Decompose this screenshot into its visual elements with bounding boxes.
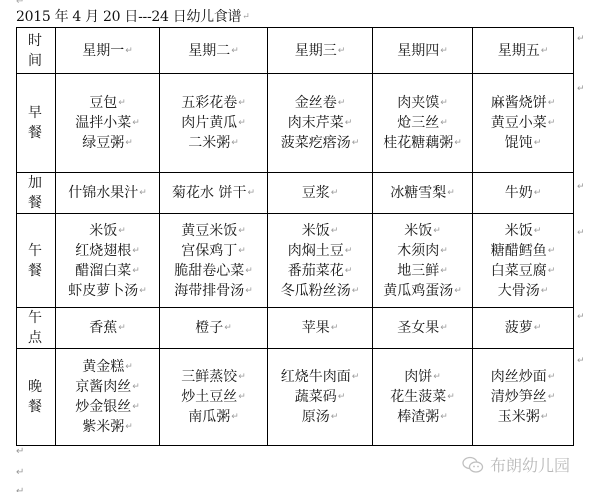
day-header-4: 星期四↵	[373, 28, 473, 74]
row-end-mark: ↵	[577, 182, 585, 192]
paragraph-mark: ↵	[238, 98, 246, 108]
paragraph-mark: ↵	[238, 226, 246, 236]
dish-item: 红烧牛肉面↵	[268, 367, 372, 387]
dish-name: 菠菜疙瘩汤	[281, 135, 351, 151]
dish-name: 橙子	[195, 320, 223, 336]
dish-item: 米饭↵	[473, 221, 573, 241]
dish-name: 米饭	[404, 223, 432, 239]
meal-label: 午餐	[17, 214, 56, 308]
dish-item: 香蕉↵	[56, 318, 159, 338]
dish-item: 原汤↵	[268, 407, 372, 427]
day-label: 星期五	[498, 43, 540, 59]
menu-cell: 肉夹馍↵炝三丝↵桂花糖藕粥↵	[373, 74, 473, 173]
row-end-mark: ↵	[577, 228, 585, 238]
time-header: 时间	[17, 28, 56, 74]
paragraph-mark: ↵	[132, 266, 140, 276]
day-header-1: 星期一↵	[56, 28, 160, 74]
row-end-mark: ↵	[577, 84, 585, 94]
dish-name: 冬瓜粉丝汤	[281, 283, 351, 299]
paragraph-mark: ↵	[345, 266, 353, 276]
dish-name: 米饭	[89, 223, 117, 239]
paragraph-mark: ↵	[139, 286, 147, 296]
dish-name: 圣女果	[397, 320, 439, 336]
meal-label: 早餐	[17, 74, 56, 173]
day-header-5: 星期五↵	[473, 28, 574, 74]
meal-label-text: 午餐	[28, 241, 44, 281]
row-end-mark: ↵	[577, 356, 585, 366]
dish-item: 五彩花卷↵	[160, 93, 267, 113]
paragraph-mark: ↵	[454, 138, 462, 148]
menu-cell: 米饭↵肉焖土豆↵番茄菜花↵冬瓜粉丝汤↵	[268, 214, 373, 308]
paragraph-mark: ↵	[139, 188, 147, 198]
menu-cell: 牛奶↵	[473, 173, 574, 214]
dish-name: 肉丝炒面	[491, 369, 547, 385]
menu-cell: 豆浆↵	[268, 173, 373, 214]
paragraph-mark: ↵	[433, 372, 441, 382]
dish-item: 牛奶↵	[473, 183, 573, 203]
meal-row: 加餐什锦水果汁↵菊花水 饼干↵豆浆↵冰糖雪梨↵牛奶↵	[17, 173, 574, 214]
paragraph-mark: ↵	[548, 118, 556, 128]
dish-item: 地三鲜↵	[373, 261, 472, 281]
dish-name: 二米粥	[188, 135, 230, 151]
dish-name: 苹果	[302, 320, 330, 336]
dish-name: 米饭	[302, 223, 330, 239]
meal-label-text: 午点	[28, 308, 44, 348]
paragraph-mark: ↵	[247, 188, 255, 198]
dish-name: 五彩花卷	[181, 95, 237, 111]
dish-item: 绿豆粥↵	[56, 133, 159, 153]
menu-cell: 麻酱烧饼↵黄豆小菜↵馄饨↵	[473, 74, 574, 173]
dish-item: 圣女果↵	[373, 318, 472, 338]
dish-item: 麻酱烧饼↵	[473, 93, 573, 113]
paragraph-mark: ↵	[548, 392, 556, 402]
dish-item: 黄金糕↵	[56, 357, 159, 377]
dish-item: 豆包↵	[56, 93, 159, 113]
paragraph-mark: ↵	[440, 412, 448, 422]
dish-item: 菠萝↵	[473, 318, 573, 338]
dish-item: 三鲜蒸饺↵	[160, 367, 267, 387]
dish-item: 米饭↵	[373, 221, 472, 241]
paragraph-mark: ↵	[331, 188, 339, 198]
day-label: 星期一	[82, 43, 124, 59]
dish-item: 海带排骨汤↵	[160, 281, 267, 301]
dish-name: 肉焖土豆	[288, 243, 344, 259]
dish-name: 绿豆粥	[82, 135, 124, 151]
paragraph-mark: ↵	[541, 412, 549, 422]
dish-item: 什锦水果汁↵	[56, 183, 159, 203]
paragraph-mark: ↵	[541, 46, 549, 56]
menu-cell: 豆包↵温拌小菜↵绿豆粥↵	[56, 74, 160, 173]
dish-item: 炝三丝↵	[373, 113, 472, 133]
dish-name: 宫保鸡丁	[181, 243, 237, 259]
dish-name: 虾皮萝卜汤	[68, 283, 138, 299]
dish-item: 豆浆↵	[268, 183, 372, 203]
paragraph-mark: ↵	[440, 98, 448, 108]
paragraph-mark: ↵	[238, 246, 246, 256]
paragraph-mark: ↵	[345, 118, 353, 128]
dish-name: 黄瓜鸡蛋汤	[383, 283, 453, 299]
paragraph-mark: ↵	[345, 246, 353, 256]
dish-name: 香蕉	[89, 320, 117, 336]
dish-item: 米饭↵	[268, 221, 372, 241]
menu-cell: 香蕉↵	[56, 308, 160, 349]
dish-name: 炒金银丝	[75, 399, 131, 415]
menu-cell: 苹果↵	[268, 308, 373, 349]
meal-row: 早餐豆包↵温拌小菜↵绿豆粥↵五彩花卷↵肉片黄瓜↵二米粥↵金丝卷↵肉末芹菜↵菠菜疙…	[17, 74, 574, 173]
meal-label-text: 早餐	[28, 103, 44, 143]
dish-item: 醋溜白菜↵	[56, 261, 159, 281]
paragraph-mark: ↵	[118, 98, 126, 108]
dish-item: 肉末芹菜↵	[268, 113, 372, 133]
paragraph-mark: ↵	[231, 46, 239, 56]
dish-item: 二米粥↵	[160, 133, 267, 153]
paragraph-mark: ↵	[16, 486, 24, 492]
paragraph-mark: ↵	[440, 118, 448, 128]
dish-item: 花生菠菜↵	[373, 387, 472, 407]
paragraph-mark: ↵	[125, 46, 133, 56]
dish-name: 牛奶	[505, 185, 533, 201]
dish-name: 肉末芹菜	[288, 115, 344, 131]
menu-cell: 金丝卷↵肉末芹菜↵菠菜疙瘩汤↵	[268, 74, 373, 173]
dish-name: 馄饨	[505, 135, 533, 151]
dish-item: 肉焖土豆↵	[268, 241, 372, 261]
dish-item: 脆甜卷心菜↵	[160, 261, 267, 281]
menu-table: 时间星期一↵星期二↵星期三↵星期四↵星期五↵早餐豆包↵温拌小菜↵绿豆粥↵五彩花卷…	[16, 27, 574, 446]
meal-row: 晚餐黄金糕↵京酱肉丝↵炒金银丝↵紫米粥↵三鲜蒸饺↵炒土豆丝↵南瓜粥↵红烧牛肉面↵…	[17, 349, 574, 446]
paragraph-mark: ↵	[331, 323, 339, 333]
dish-name: 醋溜白菜	[75, 263, 131, 279]
dish-name: 桂花糖藕粥	[383, 135, 453, 151]
paragraph-mark: ↵	[548, 98, 556, 108]
dish-item: 紫米粥↵	[56, 417, 159, 437]
dish-name: 海带排骨汤	[174, 283, 244, 299]
dish-name: 豆包	[89, 95, 117, 111]
dish-item: 苹果↵	[268, 318, 372, 338]
meal-row: 午点香蕉↵橙子↵苹果↵圣女果↵菠萝↵	[17, 308, 574, 349]
meal-label-text: 晚餐	[28, 377, 44, 417]
paragraph-mark: ↵	[238, 118, 246, 128]
watermark: 布朗幼儿园	[462, 453, 570, 476]
menu-cell: 肉饼↵花生菠菜↵棒渣粥↵	[373, 349, 473, 446]
dish-name: 炝三丝	[397, 115, 439, 131]
paragraph-mark: ↵	[16, 467, 24, 478]
menu-cell: 菊花水 饼干↵	[160, 173, 268, 214]
paragraph-mark: ↵	[352, 286, 360, 296]
menu-cell: 米饭↵红烧翅根↵醋溜白菜↵虾皮萝卜汤↵	[56, 214, 160, 308]
paragraph-mark: ↵	[132, 246, 140, 256]
dish-item: 菊花水 饼干↵	[160, 183, 267, 203]
dish-item: 红烧翅根↵	[56, 241, 159, 261]
paragraph-mark: ↵	[125, 362, 133, 372]
dish-item: 清炒笋丝↵	[473, 387, 573, 407]
paragraph-mark: ↵	[238, 372, 246, 382]
dish-item: 炒土豆丝↵	[160, 387, 267, 407]
title-text: 2015 年 4 月 20 日---24 日幼儿食谱	[16, 9, 241, 25]
dish-item: 肉丝炒面↵	[473, 367, 573, 387]
paragraph-mark: ↵	[16, 0, 24, 7]
paragraph-mark: ↵	[245, 266, 253, 276]
paragraph-mark: ↵	[338, 98, 346, 108]
paragraph-mark: ↵	[454, 286, 462, 296]
meal-row: 午餐米饭↵红烧翅根↵醋溜白菜↵虾皮萝卜汤↵黄豆米饭↵宫保鸡丁↵脆甜卷心菜↵海带排…	[17, 214, 574, 308]
paragraph-mark: ↵	[440, 323, 448, 333]
dish-item: 黄瓜鸡蛋汤↵	[373, 281, 472, 301]
paragraph-mark: ↵	[331, 226, 339, 236]
menu-cell: 菠萝↵	[473, 308, 574, 349]
dish-name: 红烧牛肉面	[281, 369, 351, 385]
dish-name: 三鲜蒸饺	[181, 369, 237, 385]
menu-cell: 米饭↵糖醋鳕鱼↵白菜豆腐↵大骨汤↵	[473, 214, 574, 308]
dish-item: 温拌小菜↵	[56, 113, 159, 133]
dish-name: 脆甜卷心菜	[174, 263, 244, 279]
dish-name: 肉片黄瓜	[181, 115, 237, 131]
dish-item: 肉夹馍↵	[373, 93, 472, 113]
paragraph-mark: ↵	[125, 138, 133, 148]
dish-item: 玉米粥↵	[473, 407, 573, 427]
menu-cell: 三鲜蒸饺↵炒土豆丝↵南瓜粥↵	[160, 349, 268, 446]
time-header-label: 时间	[28, 31, 44, 71]
dish-item: 木须肉↵	[373, 241, 472, 261]
paragraph-mark: ↵	[440, 246, 448, 256]
dish-name: 红烧翅根	[75, 243, 131, 259]
paragraph-mark: ↵	[125, 422, 133, 432]
dish-item: 橙子↵	[160, 318, 267, 338]
paragraph-mark: ↵	[242, 12, 249, 22]
dish-name: 冰糖雪梨	[390, 185, 446, 201]
dish-name: 金丝卷	[295, 95, 337, 111]
menu-cell: 黄豆米饭↵宫保鸡丁↵脆甜卷心菜↵海带排骨汤↵	[160, 214, 268, 308]
paragraph-mark: ↵	[447, 188, 455, 198]
dish-item: 馄饨↵	[473, 133, 573, 153]
row-end-mark: ↵	[577, 312, 585, 322]
meal-label: 加餐	[17, 173, 56, 214]
dish-name: 什锦水果汁	[68, 185, 138, 201]
dish-name: 原汤	[302, 409, 330, 425]
menu-cell: 肉丝炒面↵清炒笋丝↵玉米粥↵	[473, 349, 574, 446]
dish-name: 花生菠菜	[390, 389, 446, 405]
meal-label: 晚餐	[17, 349, 56, 446]
dish-item: 金丝卷↵	[268, 93, 372, 113]
day-label: 星期三	[295, 43, 337, 59]
day-header-3: 星期三↵	[268, 28, 373, 74]
dish-name: 肉饼	[404, 369, 432, 385]
paragraph-mark: ↵	[338, 46, 346, 56]
dish-name: 黄豆小菜	[491, 115, 547, 131]
dish-item: 桂花糖藕粥↵	[373, 133, 472, 153]
dish-item: 黄豆小菜↵	[473, 113, 573, 133]
dish-item: 番茄菜花↵	[268, 261, 372, 281]
watermark-text: 布朗幼儿园	[490, 453, 570, 476]
menu-cell: 什锦水果汁↵	[56, 173, 160, 214]
paragraph-mark: ↵	[132, 402, 140, 412]
paragraph-mark: ↵	[548, 266, 556, 276]
dish-item: 棒渣粥↵	[373, 407, 472, 427]
dish-name: 大骨汤	[498, 283, 540, 299]
paragraph-mark: ↵	[132, 382, 140, 392]
dish-item: 宫保鸡丁↵	[160, 241, 267, 261]
paragraph-mark: ↵	[231, 138, 239, 148]
dish-name: 黄金糕	[82, 359, 124, 375]
menu-cell: 橙子↵	[160, 308, 268, 349]
paragraph-mark: ↵	[238, 392, 246, 402]
dish-name: 番茄菜花	[288, 263, 344, 279]
day-label: 星期四	[397, 43, 439, 59]
dish-item: 米饭↵	[56, 221, 159, 241]
dish-item: 蔬菜码↵	[268, 387, 372, 407]
paragraph-mark: ↵	[440, 266, 448, 276]
page-title: 2015 年 4 月 20 日---24 日幼儿食谱↵	[16, 8, 250, 26]
dish-name: 棒渣粥	[397, 409, 439, 425]
dish-item: 京酱肉丝↵	[56, 377, 159, 397]
paragraph-mark: ↵	[132, 118, 140, 128]
dish-item: 白菜豆腐↵	[473, 261, 573, 281]
dish-item: 大骨汤↵	[473, 281, 573, 301]
dish-name: 肉夹馍	[397, 95, 439, 111]
dish-item: 肉饼↵	[373, 367, 472, 387]
paragraph-mark: ↵	[16, 446, 24, 457]
paragraph-mark: ↵	[541, 286, 549, 296]
day-label: 星期二	[188, 43, 230, 59]
dish-name: 温拌小菜	[75, 115, 131, 131]
dish-name: 紫米粥	[82, 419, 124, 435]
paragraph-mark: ↵	[433, 226, 441, 236]
dish-item: 黄豆米饭↵	[160, 221, 267, 241]
menu-cell: 米饭↵木须肉↵地三鲜↵黄瓜鸡蛋汤↵	[373, 214, 473, 308]
row-end-mark: ↵	[577, 34, 585, 44]
dish-name: 蔬菜码	[295, 389, 337, 405]
dish-name: 菊花水 饼干	[172, 185, 246, 201]
menu-cell: 圣女果↵	[373, 308, 473, 349]
dish-name: 京酱肉丝	[75, 379, 131, 395]
dish-name: 炒土豆丝	[181, 389, 237, 405]
paragraph-mark: ↵	[534, 323, 542, 333]
paragraph-mark: ↵	[118, 226, 126, 236]
paragraph-mark: ↵	[224, 323, 232, 333]
dish-name: 糖醋鳕鱼	[491, 243, 547, 259]
menu-cell: 红烧牛肉面↵蔬菜码↵原汤↵	[268, 349, 373, 446]
paragraph-mark: ↵	[534, 226, 542, 236]
dish-name: 豆浆	[302, 185, 330, 201]
dish-name: 菠萝	[505, 320, 533, 336]
wechat-icon	[462, 456, 484, 474]
dish-item: 虾皮萝卜汤↵	[56, 281, 159, 301]
meal-label-text: 加餐	[28, 173, 44, 213]
dish-name: 白菜豆腐	[491, 263, 547, 279]
dish-item: 肉片黄瓜↵	[160, 113, 267, 133]
paragraph-mark: ↵	[231, 412, 239, 422]
dish-item: 冬瓜粉丝汤↵	[268, 281, 372, 301]
dish-name: 地三鲜	[397, 263, 439, 279]
dish-name: 米饭	[505, 223, 533, 239]
paragraph-mark: ↵	[534, 138, 542, 148]
dish-name: 黄豆米饭	[181, 223, 237, 239]
dish-name: 玉米粥	[498, 409, 540, 425]
header-row: 时间星期一↵星期二↵星期三↵星期四↵星期五↵	[17, 28, 574, 74]
menu-cell: 黄金糕↵京酱肉丝↵炒金银丝↵紫米粥↵	[56, 349, 160, 446]
paragraph-mark: ↵	[534, 188, 542, 198]
dish-item: 南瓜粥↵	[160, 407, 267, 427]
paragraph-mark: ↵	[548, 372, 556, 382]
paragraph-mark: ↵	[245, 286, 253, 296]
menu-cell: 冰糖雪梨↵	[373, 173, 473, 214]
meal-label: 午点	[17, 308, 56, 349]
paragraph-mark: ↵	[331, 412, 339, 422]
paragraph-mark: ↵	[352, 372, 360, 382]
dish-item: 菠菜疙瘩汤↵	[268, 133, 372, 153]
dish-name: 麻酱烧饼	[491, 95, 547, 111]
dish-name: 清炒笋丝	[491, 389, 547, 405]
paragraph-mark: ↵	[118, 323, 126, 333]
menu-cell: 五彩花卷↵肉片黄瓜↵二米粥↵	[160, 74, 268, 173]
paragraph-mark: ↵	[548, 246, 556, 256]
dish-name: 南瓜粥	[188, 409, 230, 425]
dish-name: 木须肉	[397, 243, 439, 259]
dish-item: 糖醋鳕鱼↵	[473, 241, 573, 261]
paragraph-mark: ↵	[352, 138, 360, 148]
dish-item: 冰糖雪梨↵	[373, 183, 472, 203]
paragraph-mark: ↵	[440, 46, 448, 56]
paragraph-mark: ↵	[338, 392, 346, 402]
paragraph-mark: ↵	[447, 392, 455, 402]
dish-item: 炒金银丝↵	[56, 397, 159, 417]
day-header-2: 星期二↵	[160, 28, 268, 74]
